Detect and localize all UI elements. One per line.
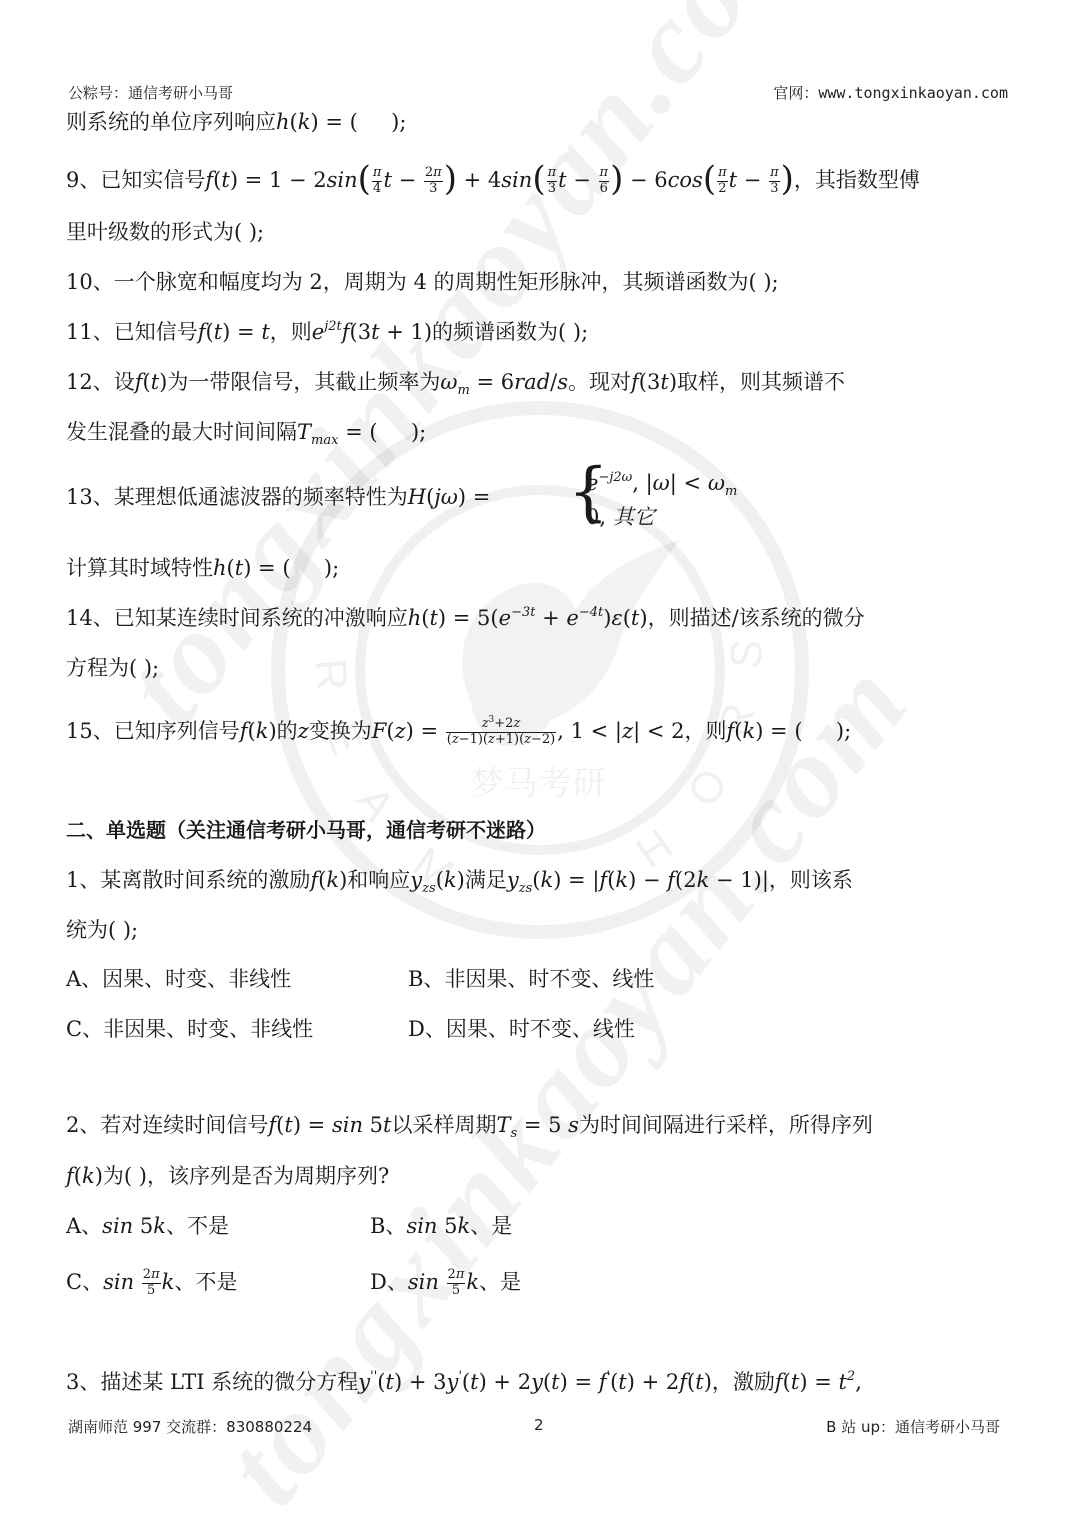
option-text: 、是 xyxy=(470,1214,512,1238)
single-choice-question-2: 2、若对连续时间信号f(t) = sin 5t以采样周期Ts = 5 s为时间间… xyxy=(66,1115,1014,1136)
s2q1-option-d[interactable]: D、因果、时不变、线性 xyxy=(408,1019,635,1040)
s2q2-option-d[interactable]: D、sin 2π5k、是 xyxy=(370,1268,521,1299)
question-10: 10、一个脉宽和幅度均为 2，周期为 4 的周期性矩形脉冲，其频谱函数为( ); xyxy=(66,272,1014,293)
option-label: B、 xyxy=(408,967,444,991)
s2q3-number: 3、 xyxy=(66,1370,100,1394)
question-12: 12、设f(t)为一带限信号，其截止频率为ωm = 6rad/s。现对f(3t)… xyxy=(66,372,1014,393)
document-page: 公粽号：通信考研小马哥 官网：www.tongxinkaoyan.com 则系统… xyxy=(0,0,1080,1527)
q15-number: 15、 xyxy=(66,719,114,743)
q12-line2-text: 发生混叠的最大时间间隔 xyxy=(66,420,297,444)
s2q2-option-a[interactable]: A、sin 5k、不是 xyxy=(66,1216,229,1237)
section-2-title: 二、单选题（关注通信考研小马哥，通信考研不迷路） xyxy=(66,820,1014,840)
s2q3-text-a: 描述某 LTI 系统的微分方程 xyxy=(100,1370,358,1394)
question-12-line2: 发生混叠的最大时间间隔Tmax = ( ); xyxy=(66,422,1014,443)
header-right-website: 官网：www.tongxinkaoyan.com xyxy=(773,82,1008,103)
option-label: C、 xyxy=(66,1270,103,1294)
footer-page-number: 2 xyxy=(534,1416,544,1434)
q11-text-a: 已知信号 xyxy=(114,320,198,344)
question-8-tail: 则系统的单位序列响应h(k) = ( ); xyxy=(66,112,1014,133)
s2q1-option-b[interactable]: B、非因果、时不变、线性 xyxy=(408,969,654,990)
option-text: 非因果、时变、非线性 xyxy=(103,1017,313,1041)
q12-text-b: 为一带限信号，其截止频率为 xyxy=(167,370,440,394)
q13-line2-text: 计算其时域特性 xyxy=(66,556,213,580)
single-choice-question-1: 1、某离散时间系统的激励f(k)和响应yzs(k)满足yzs(k) = |f(k… xyxy=(66,870,1014,891)
q12-number: 12、 xyxy=(66,370,114,394)
header-left-wechat: 公粽号：通信考研小马哥 xyxy=(68,82,233,103)
option-text: 因果、时变、非线性 xyxy=(102,967,291,991)
s2q2-text-b: 以采样周期 xyxy=(391,1113,496,1137)
s2q2-line2-text: 为( )，该序列是否为周期序列? xyxy=(103,1164,389,1188)
s2q2-option-c[interactable]: C、sin 2π5k、不是 xyxy=(66,1268,237,1299)
single-choice-question-3: 3、描述某 LTI 系统的微分方程y''(t) + 3y'(t) + 2y(t)… xyxy=(66,1372,1014,1393)
q14-text-b: ，则描述/该系统的微分 xyxy=(648,606,865,630)
question-9-line2: 里叶级数的形式为( ); xyxy=(66,222,1014,243)
question-14-line2: 方程为( ); xyxy=(66,658,1014,679)
footer-group-info: 湖南师范 997 交流群：830880224 xyxy=(68,1416,312,1437)
question-15: 15、已知序列信号f(k)的z变换为F(z) = z3+2z(z−1)(z+1)… xyxy=(66,717,1014,748)
option-label: B、 xyxy=(370,1214,406,1238)
q14-number: 14、 xyxy=(66,606,114,630)
s2q2-number: 2、 xyxy=(66,1113,100,1137)
s2q1-text-c: 满足 xyxy=(465,868,507,892)
s2q1-text-a: 某离散时间系统的激励 xyxy=(100,868,310,892)
q12-text-a: 设 xyxy=(114,370,135,394)
s2q2-text-a: 若对连续时间信号 xyxy=(100,1113,268,1137)
s2q3-text-b: ，激励 xyxy=(712,1370,775,1394)
option-label: D、 xyxy=(370,1270,408,1294)
q14-text-a: 已知某连续时间系统的冲激响应 xyxy=(114,606,408,630)
single-choice-question-2-line2: f(k)为( )，该序列是否为周期序列? xyxy=(66,1166,1014,1187)
s2q1-text-b: 和响应 xyxy=(347,868,410,892)
s2q1-option-a[interactable]: A、因果、时变、非线性 xyxy=(66,969,291,990)
s2q1-text-d: ，则该系 xyxy=(769,868,853,892)
single-choice-question-1-line2: 统为( ); xyxy=(66,920,1014,941)
q15-text-c: 变换为 xyxy=(309,719,372,743)
q15-text-b: 的 xyxy=(277,719,298,743)
left-brace-icon: { xyxy=(568,460,609,524)
option-label: D、 xyxy=(408,1017,446,1041)
q15-text-d: ，则 xyxy=(684,719,726,743)
q15-text-a: 已知序列信号 xyxy=(114,719,240,743)
q8-text: 则系统的单位序列响应 xyxy=(66,110,276,134)
q11-text-b: ，则 xyxy=(270,320,312,344)
option-text: 、不是 xyxy=(166,1214,229,1238)
q12-text-c: 。现对 xyxy=(568,370,631,394)
q11-text-c: 的频谱函数为( ); xyxy=(432,320,588,344)
q9-number: 9、 xyxy=(66,168,100,192)
option-label: A、 xyxy=(66,1214,102,1238)
q9-expr: f(t) = 1 − 2sin(π4t − 2π3) + 4sin(π3t − … xyxy=(205,168,794,192)
s2q1-option-c[interactable]: C、非因果、时变、非线性 xyxy=(66,1019,313,1040)
question-11: 11、已知信号f(t) = t，则ej2tf(3t + 1)的频谱函数为( ); xyxy=(66,322,1014,343)
q10-number: 10、 xyxy=(66,270,114,294)
s2q2-text-c: 为时间间隔进行采样，所得序列 xyxy=(579,1113,873,1137)
q9-text-a: 已知实信号 xyxy=(100,168,205,192)
option-text: 、不是 xyxy=(174,1270,237,1294)
option-label: C、 xyxy=(66,1017,103,1041)
q13-text: 某理想低通滤波器的频率特性为 xyxy=(114,485,408,509)
option-label: A、 xyxy=(66,967,102,991)
q8-expr: h xyxy=(276,110,290,134)
option-text: 、是 xyxy=(479,1270,521,1294)
question-14: 14、已知某连续时间系统的冲激响应h(t) = 5(e−3t + e−4t)ε(… xyxy=(66,608,1014,629)
s2q2-option-b[interactable]: B、sin 5k、是 xyxy=(370,1216,512,1237)
q12-text-d: 取样，则其频谱不 xyxy=(677,370,845,394)
question-13: 13、某理想低通滤波器的频率特性为H(jω) = xyxy=(66,487,1014,508)
q13-number: 13、 xyxy=(66,485,114,509)
q13-piecewise: { e−j2ω, |ω| < ωm 0, 其它 xyxy=(568,466,737,534)
s2q1-number: 1、 xyxy=(66,868,100,892)
footer-bilibili: B 站 up：通信考研小马哥 xyxy=(826,1416,1000,1437)
question-9: 9、已知实信号f(t) = 1 − 2sin(π4t − 2π3) + 4sin… xyxy=(66,166,1014,197)
q9-text-b: ，其指数型傅 xyxy=(794,168,920,192)
option-text: 因果、时不变、线性 xyxy=(446,1017,635,1041)
q11-number: 11、 xyxy=(66,320,114,344)
question-13-line2: 计算其时域特性h(t) = ( ); xyxy=(66,558,1014,579)
q10-text: 一个脉宽和幅度均为 2，周期为 4 的周期性矩形脉冲，其频谱函数为( ); xyxy=(114,270,779,294)
option-text: 非因果、时不变、线性 xyxy=(444,967,654,991)
